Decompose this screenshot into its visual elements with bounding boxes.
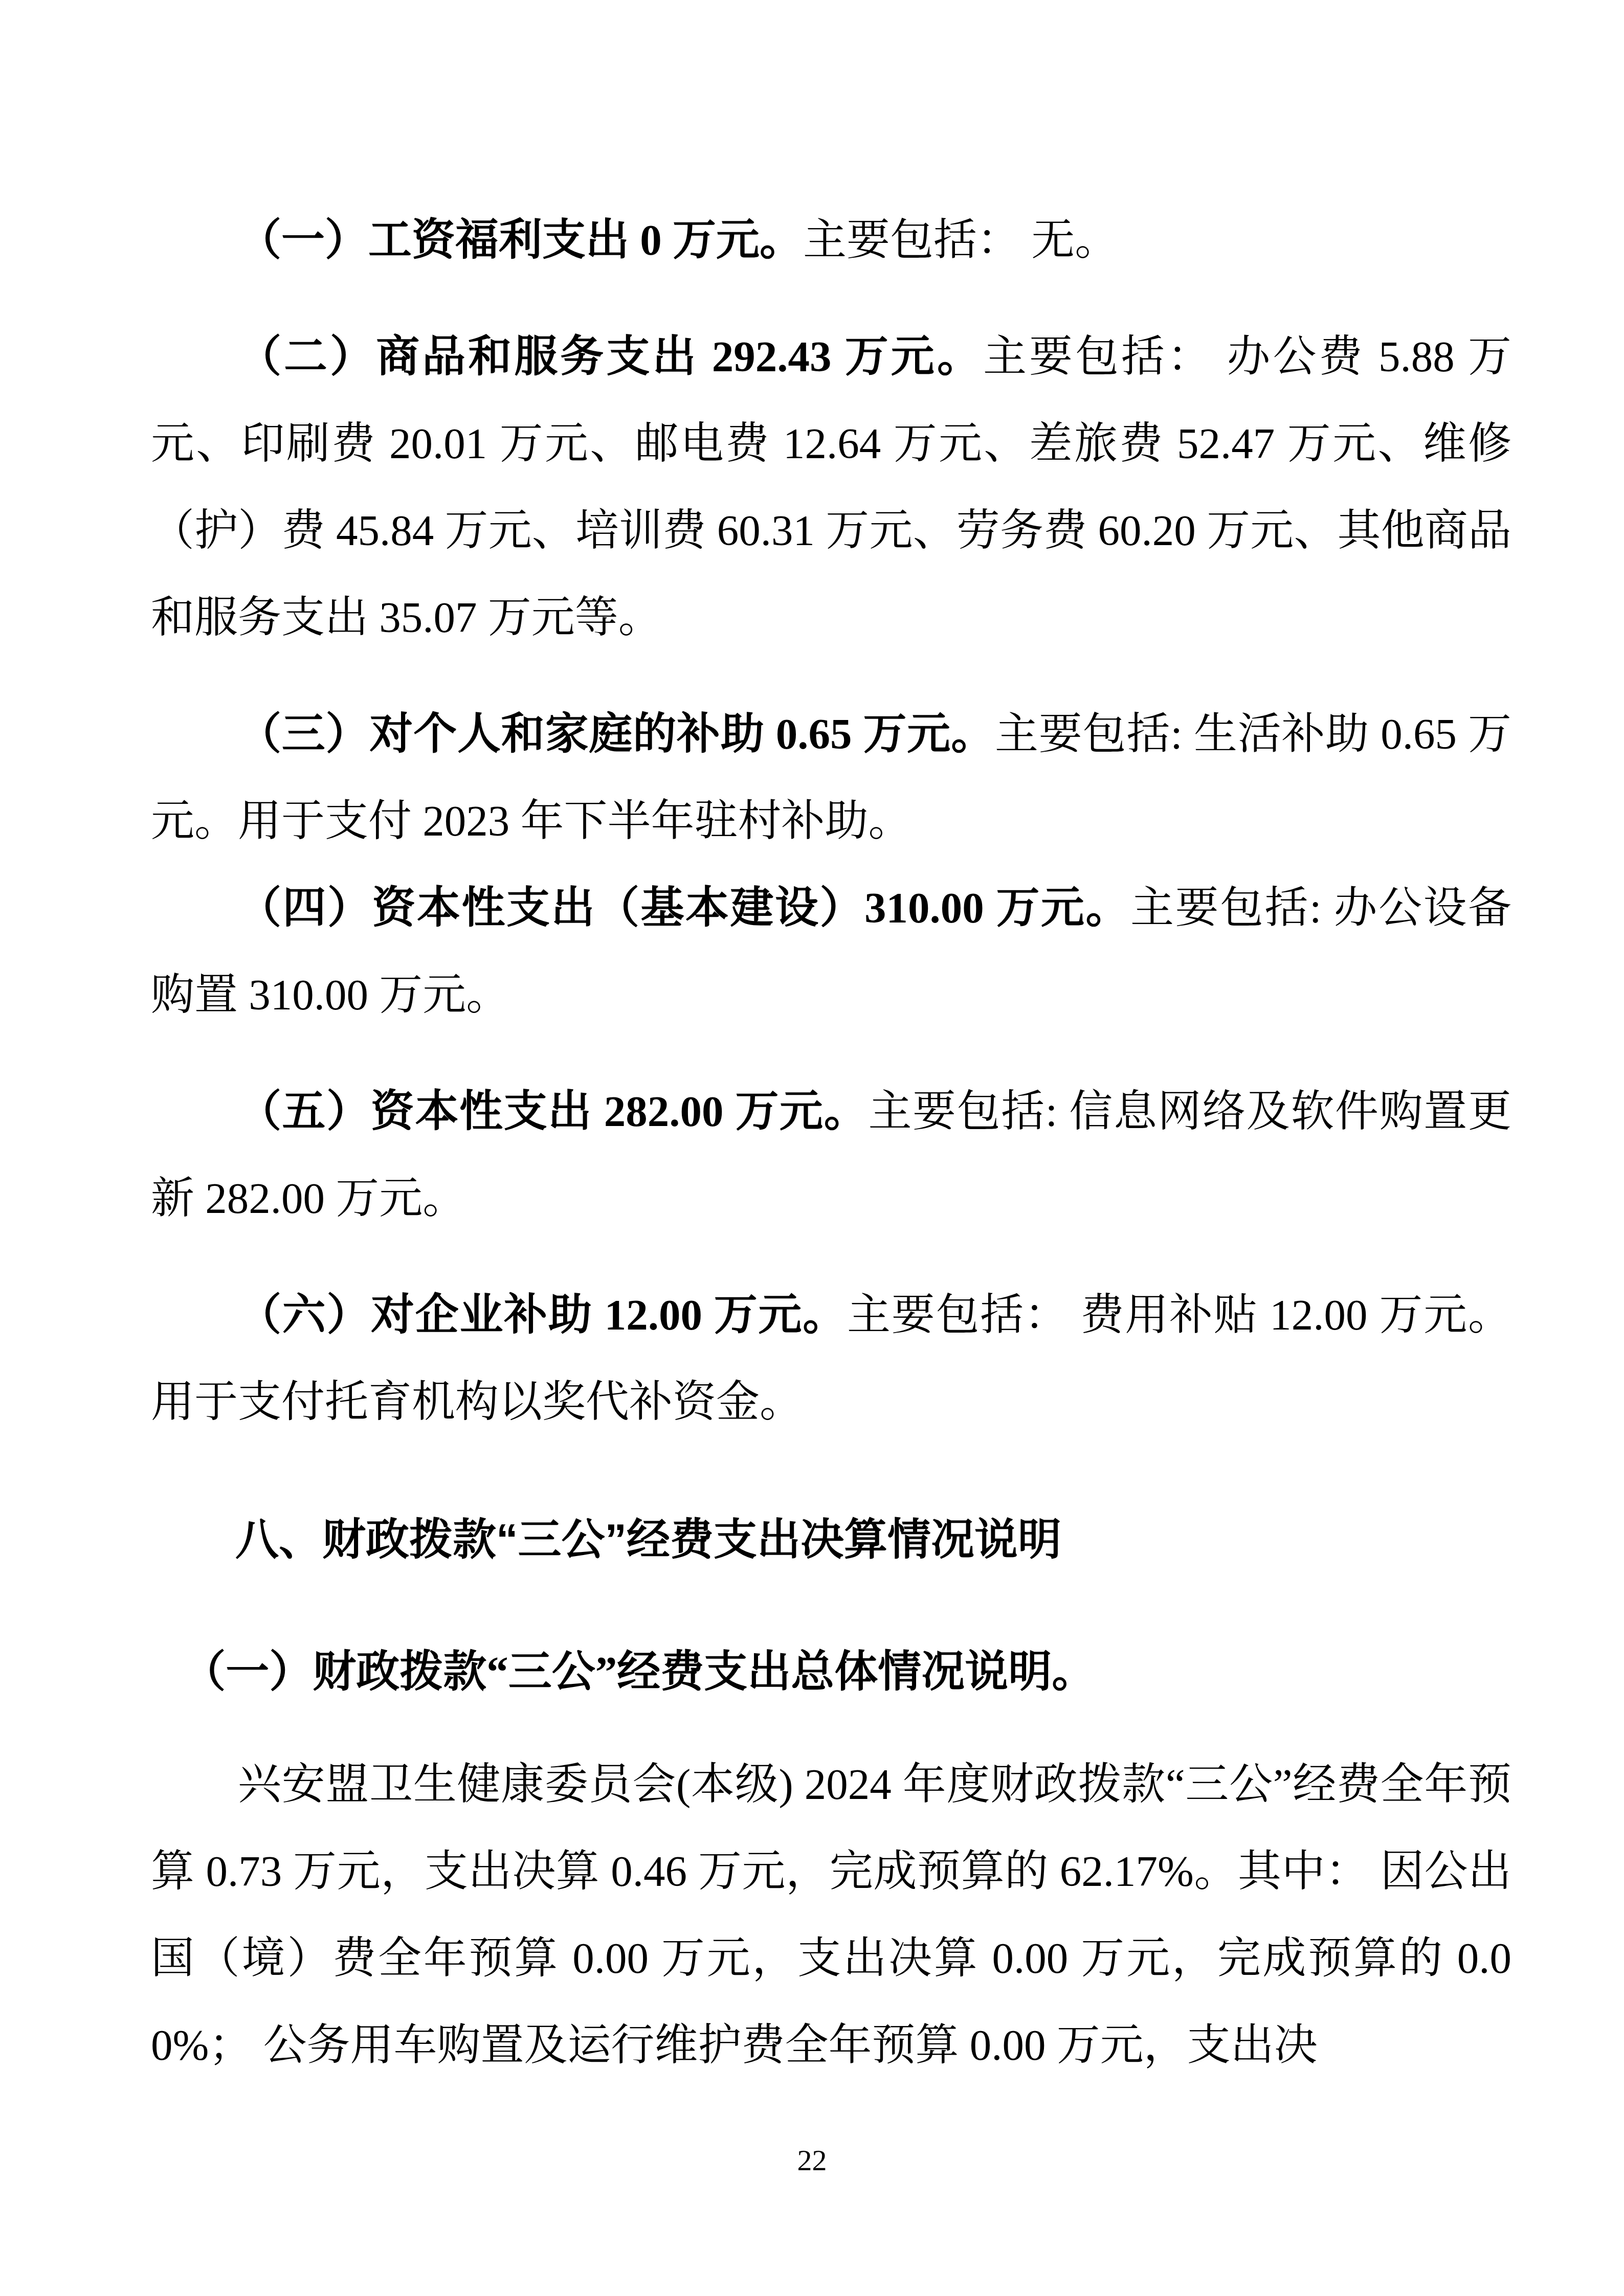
expense-paragraph-3-lead: （三）对个人和家庭的补助 0.65 万元。 [238, 710, 995, 758]
expense-paragraph-1-lead: （一）工资福利支出 0 万元。 [238, 216, 803, 264]
expense-paragraph-3: （三）对个人和家庭的补助 0.65 万元。主要包括: 生活补助 0.65 万元。… [151, 691, 1511, 865]
expense-paragraph-5-lead: （五）资本性支出 282.00 万元。 [238, 1088, 868, 1136]
expense-paragraph-4: （四）资本性支出（基本建设）310.00 万元。主要包括: 办公设备购置 310… [151, 865, 1511, 1039]
page-number: 22 [0, 2145, 1624, 2176]
document-page: （一）工资福利支出 0 万元。主要包括： 无。 （二）商品和服务支出 292.4… [0, 0, 1624, 2296]
expense-paragraph-1-rest: 主要包括： 无。 [803, 216, 1118, 264]
page-content: （一）工资福利支出 0 万元。主要包括： 无。 （二）商品和服务支出 292.4… [151, 197, 1511, 2089]
expense-paragraph-5: （五）资本性支出 282.00 万元。主要包括: 信息网络及软件购置更新 282… [151, 1068, 1511, 1242]
section-heading: 八、财政拨款“三公”经费支出决算情况说明 [151, 1497, 1511, 1584]
expense-paragraph-2-lead: （二）商品和服务支出 292.43 万元。 [238, 333, 983, 381]
expense-paragraph-2: （二）商品和服务支出 292.43 万元。主要包括： 办公费 5.88 万元、印… [151, 313, 1511, 661]
expense-paragraph-6-lead: （六）对企业补助 12.00 万元。 [238, 1291, 847, 1339]
expense-paragraph-4-lead: （四）资本性支出（基本建设）310.00 万元。 [238, 884, 1130, 932]
expense-paragraph-1: （一）工资福利支出 0 万元。主要包括： 无。 [151, 197, 1511, 284]
summary-paragraph: 兴安盟卫生健康委员会(本级) 2024 年度财政拨款“三公”经费全年预算 0.7… [151, 1741, 1511, 2089]
subsection-heading: （一）财政拨款“三公”经费支出总体情况说明。 [151, 1629, 1511, 1716]
expense-paragraph-6: （六）对企业补助 12.00 万元。主要包括： 费用补贴 12.00 万元。用于… [151, 1272, 1511, 1446]
